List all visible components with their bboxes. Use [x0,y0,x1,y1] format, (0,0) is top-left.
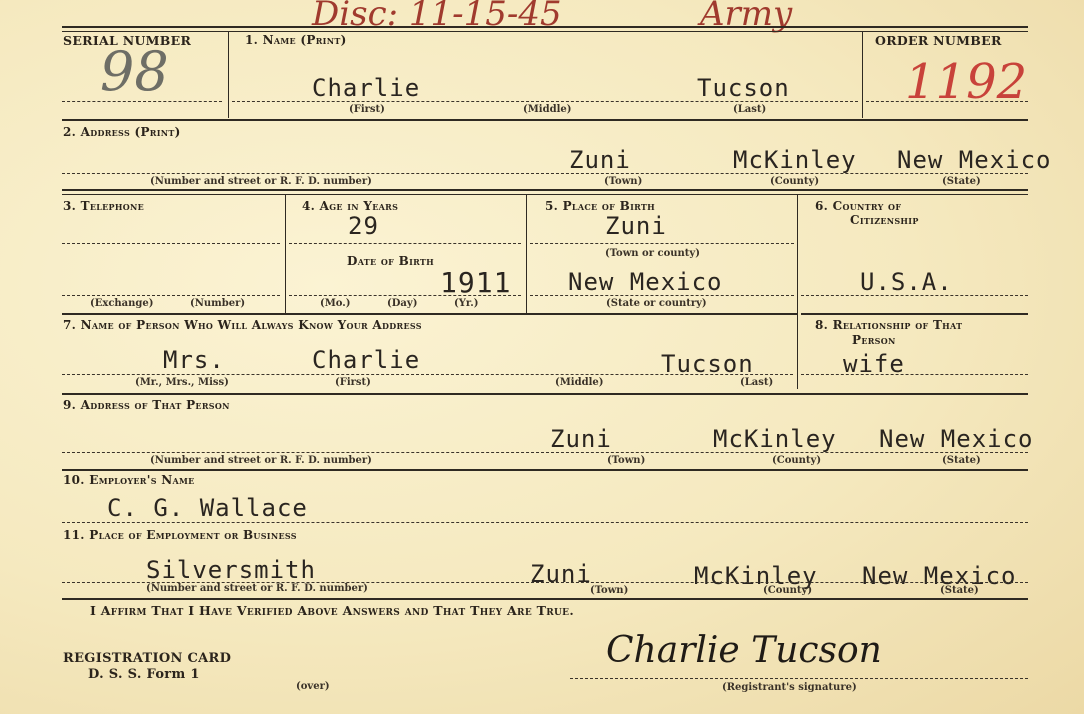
telephone-number-caption: (Number) [190,298,245,309]
relationship-label: 8. Relationship of That [815,318,962,332]
contact-label: 7. Name of Person Who Will Always Know Y… [63,318,422,332]
serial-number-value: 98 [100,40,169,103]
rule [62,393,1028,395]
top-border [62,26,1028,32]
address-county: McKinley [733,146,857,174]
contact-address-county-caption: (County) [772,455,821,466]
employment-street-caption: (Number and street or R. F. D. number) [146,583,368,594]
name-first: Charlie [312,74,420,102]
contact-middle-caption: (Middle) [555,377,603,388]
contact-address-town: Zuni [550,425,612,453]
address-state: New Mexico [897,146,1052,174]
contact-address-line [62,452,1028,453]
dob-yr-caption: (Yr.) [454,298,478,309]
affirmation-text: I Affirm That I Have Verified Above Answ… [90,603,574,618]
address-state-caption: (State) [942,176,981,187]
serial-line [62,101,222,102]
birthplace-line [530,295,794,296]
address-town-caption: (Town) [604,176,642,187]
contact-title: Mrs. [163,346,225,374]
contact-address-county: McKinley [713,425,837,453]
birthplace-label: 5. Place of Birth [545,199,655,213]
contact-first-caption: (First) [335,377,371,388]
address-town: Zuni [569,146,631,174]
divider [526,195,527,313]
employment-town-caption: (Town) [590,585,628,596]
telephone-exchange-caption: (Exchange) [90,298,154,309]
birthplace-state: New Mexico [568,268,723,296]
contact-last-caption: (Last) [740,377,773,388]
divider [797,195,798,389]
birthplace-town-caption: (Town or county) [605,248,700,259]
relationship-line [801,374,1028,375]
name-last: Tucson [697,74,790,102]
name-middle-caption: (Middle) [523,104,571,115]
age-label: 4. Age in Years [302,199,398,213]
signature-caption: (Registrant's signature) [722,682,857,693]
employment-town: Zuni [530,560,592,588]
registrant-signature: Charlie Tucson [606,630,882,671]
dob-day-caption: (Day) [387,298,417,309]
dob-mo-caption: (Mo.) [320,298,351,309]
divider [228,32,229,118]
contact-title-caption: (Mr., Mrs., Miss) [135,377,229,388]
employment-label: 11. Place of Employment or Business [63,528,297,542]
rule [62,189,1028,195]
name-first-caption: (First) [349,104,385,115]
rule [62,313,797,315]
address-street-caption: (Number and street or R. F. D. number) [150,176,372,187]
contact-first: Charlie [312,346,420,374]
address-county-caption: (County) [770,176,819,187]
employment-county-caption: (County) [763,585,812,596]
order-number-label: Order Number [875,33,1002,48]
birthplace-state-caption: (State or country) [606,298,707,309]
employer-line [62,522,1028,523]
birthplace-line [530,243,794,244]
contact-line [62,374,793,375]
telephone-label: 3. Telephone [63,199,144,213]
citizenship-line [801,295,1028,296]
name-last-caption: (Last) [733,104,766,115]
divider [285,195,286,313]
relationship-label-2: Person [852,333,896,347]
contact-address-label: 9. Address of That Person [63,398,230,412]
contact-address-state: New Mexico [879,425,1034,453]
contact-address-street-caption: (Number and street or R. F. D. number) [150,455,372,466]
age-line [289,243,521,244]
rule [62,598,1028,600]
rule [62,119,1028,121]
telephone-line [62,243,280,244]
telephone-line [62,295,280,296]
address-line [62,173,1028,174]
over-label: (over) [296,681,330,692]
order-line [866,101,1028,102]
citizenship-value: U.S.A. [860,268,953,296]
employer-label: 10. Employer's Name [63,473,195,487]
address-label: 2. Address (Print) [63,125,181,139]
citizenship-label: 6. Country of [815,199,901,213]
signature-line [570,678,1028,679]
contact-address-town-caption: (Town) [607,455,645,466]
form-id: D. S. S. Form 1 [88,667,200,682]
rule [62,469,1028,471]
employer-value: C. G. Wallace [107,494,308,522]
employment-state-caption: (State) [940,585,979,596]
birthplace-town: Zuni [605,212,667,240]
contact-address-state-caption: (State) [942,455,981,466]
age-value: 29 [348,212,379,240]
citizenship-label-2: Citizenship [850,213,919,227]
rule [801,313,1028,315]
name-label: 1. Name (Print) [245,33,347,47]
name-line [232,101,858,102]
employment-street: Silversmith [146,556,316,584]
form-title: Registration Card [63,651,231,666]
dob-line [289,295,521,296]
dob-label: Date of Birth [347,254,434,268]
divider [862,32,863,118]
